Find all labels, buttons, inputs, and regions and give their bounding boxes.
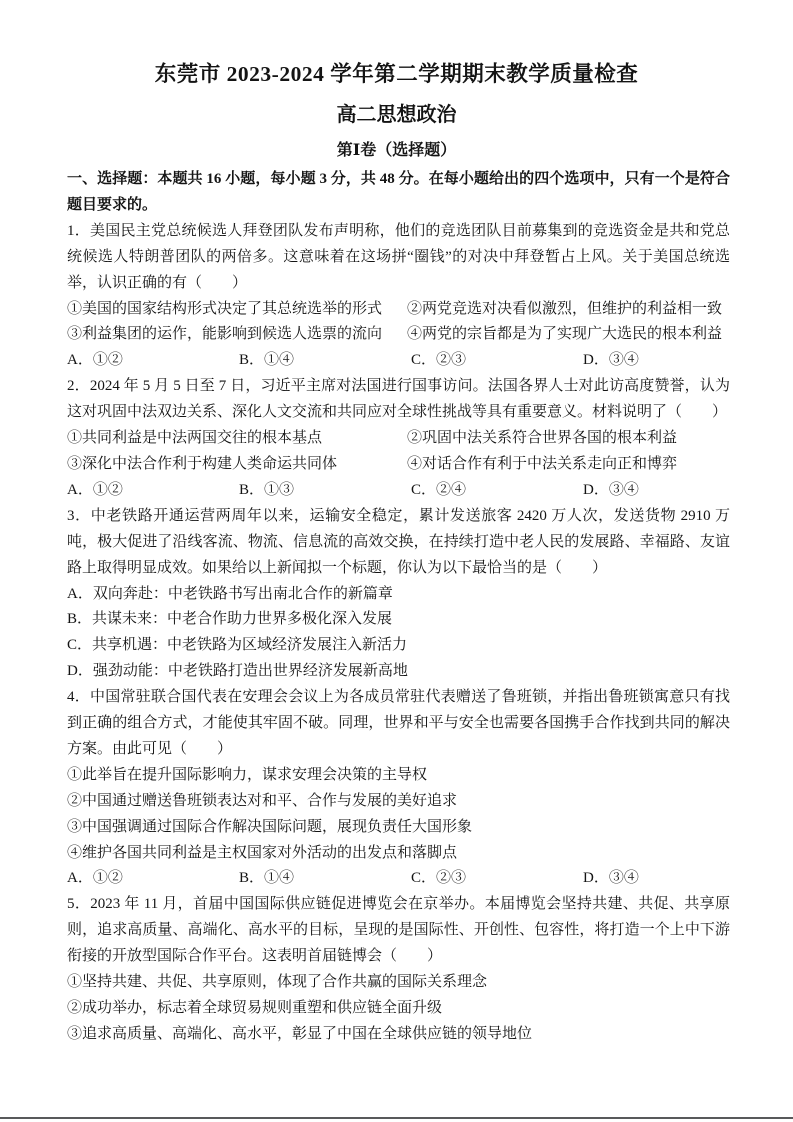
question-stem-text: 中国常驻联合国代表在安理会会议上为各成员常驻代表赠送了鲁班锁，并指出鲁班锁寓意只… [67, 689, 730, 757]
choice: C．②③ [411, 348, 583, 374]
statement: ①共同利益是中法两国交往的根本基点 [67, 426, 407, 452]
statement: ①美国的国家结构形式决定了其总统选举的形式 [67, 297, 407, 323]
option-line: C．共享机遇：中老铁路为区域经济发展注入新活力 [67, 633, 730, 659]
choices-row: A．①②B．①④C．②③D．③④ [67, 348, 730, 374]
statement-pair-row: ③深化中法合作利于构建人类命运共同体④对话合作有利于中法关系走向正和博弈 [67, 452, 730, 478]
question-3: 3．中老铁路开通运营两周年以来，运输安全稳定，累计发送旅客 2420 万人次，发… [67, 504, 730, 685]
statement: ②巩固中法关系符合世界各国的根本利益 [407, 426, 730, 452]
choice: D．③④ [583, 348, 639, 374]
question-stem: 1．美国民主党总统候选人拜登团队发布声明称，他们的竞选团队目前募集到的竞选资金是… [67, 219, 730, 297]
question-stem: 4．中国常驻联合国代表在安理会会议上为各成员常驻代表赠送了鲁班锁，并指出鲁班锁寓… [67, 685, 730, 763]
option-line: A．双向奔赴：中老铁路书写出南北合作的新篇章 [67, 582, 730, 608]
question-stem-text: 美国民主党总统候选人拜登团队发布声明称，他们的竞选团队目前募集到的竞选资金是共和… [67, 223, 730, 291]
statement-line: ②中国通过赠送鲁班锁表达对和平、合作与发展的美好追求 [67, 789, 730, 815]
question-stem-text: 2023 年 11 月，首届中国国际供应链促进博览会在京举办。本届博览会坚持共建… [67, 896, 730, 964]
option-line: B．共谋未来：中老合作助力世界多极化深入发展 [67, 607, 730, 633]
statement-pair-row: ①共同利益是中法两国交往的根本基点②巩固中法关系符合世界各国的根本利益 [67, 426, 730, 452]
question-number: 3． [67, 508, 91, 524]
statement-line: ③追求高质量、高端化、高水平，彰显了中国在全球供应链的领导地位 [67, 1022, 730, 1048]
question-stem-text: 2024 年 5 月 5 日至 7 日，习近平主席对法国进行国事访问。法国各界人… [67, 378, 730, 420]
question-number: 4． [67, 689, 90, 705]
page-bottom-rule [0, 1117, 793, 1119]
option-line: D．强劲动能：中老铁路打造出世界经济发展新高地 [67, 659, 730, 685]
exam-paper-page: 东莞市 2023-2024 学年第二学期期末教学质量检查 高二思想政治 第Ⅰ卷（… [0, 0, 793, 1122]
statement-line: ①坚持共建、共促、共享原则，体现了合作共赢的国际关系理念 [67, 970, 730, 996]
questions-list: 1．美国民主党总统候选人拜登团队发布声明称，他们的竞选团队目前募集到的竞选资金是… [67, 219, 730, 1048]
choice: B．①④ [239, 348, 411, 374]
question-stem: 3．中老铁路开通运营两周年以来，运输安全稳定，累计发送旅客 2420 万人次，发… [67, 504, 730, 582]
choice: C．②④ [411, 478, 583, 504]
choice: C．②③ [411, 866, 583, 892]
choice: B．①③ [239, 478, 411, 504]
choice: D．③④ [583, 478, 639, 504]
page-title: 东莞市 2023-2024 学年第二学期期末教学质量检查 [0, 0, 793, 88]
question-4: 4．中国常驻联合国代表在安理会会议上为各成员常驻代表赠送了鲁班锁，并指出鲁班锁寓… [67, 685, 730, 892]
question-2: 2．2024 年 5 月 5 日至 7 日，习近平主席对法国进行国事访问。法国各… [67, 374, 730, 504]
question-number: 5． [67, 896, 90, 912]
statement-pair-row: ①美国的国家结构形式决定了其总统选举的形式②两党竞选对决看似激烈，但维护的利益相… [67, 297, 730, 323]
statement-line: ①此举旨在提升国际影响力，谋求安理会决策的主导权 [67, 763, 730, 789]
choice: D．③④ [583, 866, 639, 892]
page-subtitle: 高二思想政治 [0, 88, 793, 128]
question-stem-text: 中老铁路开通运营两周年以来，运输安全稳定，累计发送旅客 2420 万人次，发送货… [67, 508, 730, 576]
page-content: 一、选择题：本题共 16 小题，每小题 3 分，共 48 分。在每小题给出的四个… [67, 167, 730, 1048]
choices-row: A．①②B．①③C．②④D．③④ [67, 478, 730, 504]
question-number: 2． [67, 378, 90, 394]
choice: B．①④ [239, 866, 411, 892]
choice: A．①② [67, 348, 239, 374]
question-1: 1．美国民主党总统候选人拜登团队发布声明称，他们的竞选团队目前募集到的竞选资金是… [67, 219, 730, 374]
statement-line: ④维护各国共同利益是主权国家对外活动的出发点和落脚点 [67, 841, 730, 867]
section-instructions: 一、选择题：本题共 16 小题，每小题 3 分，共 48 分。在每小题给出的四个… [67, 167, 730, 219]
statement-pair-row: ③利益集团的运作，能影响到候选人选票的流向④两党的宗旨都是为了实现广大选民的根本… [67, 322, 730, 348]
choice: A．①② [67, 478, 239, 504]
question-stem: 2．2024 年 5 月 5 日至 7 日，习近平主席对法国进行国事访问。法国各… [67, 374, 730, 426]
statement: ④对话合作有利于中法关系走向正和博弈 [407, 452, 730, 478]
question-stem: 5．2023 年 11 月，首届中国国际供应链促进博览会在京举办。本届博览会坚持… [67, 892, 730, 970]
choices-row: A．①②B．①④C．②③D．③④ [67, 866, 730, 892]
question-5: 5．2023 年 11 月，首届中国国际供应链促进博览会在京举办。本届博览会坚持… [67, 892, 730, 1047]
statement: ③深化中法合作利于构建人类命运共同体 [67, 452, 407, 478]
section-heading: 第Ⅰ卷（选择题） [0, 128, 793, 160]
statement-line: ②成功举办，标志着全球贸易规则重塑和供应链全面升级 [67, 996, 730, 1022]
choice: A．①② [67, 866, 239, 892]
statement: ③利益集团的运作，能影响到候选人选票的流向 [67, 322, 407, 348]
statement: ②两党竞选对决看似激烈，但维护的利益相一致 [407, 297, 730, 323]
statement: ④两党的宗旨都是为了实现广大选民的根本利益 [407, 322, 730, 348]
statement-line: ③中国强调通过国际合作解决国际问题，展现负责任大国形象 [67, 815, 730, 841]
question-number: 1． [67, 223, 90, 239]
